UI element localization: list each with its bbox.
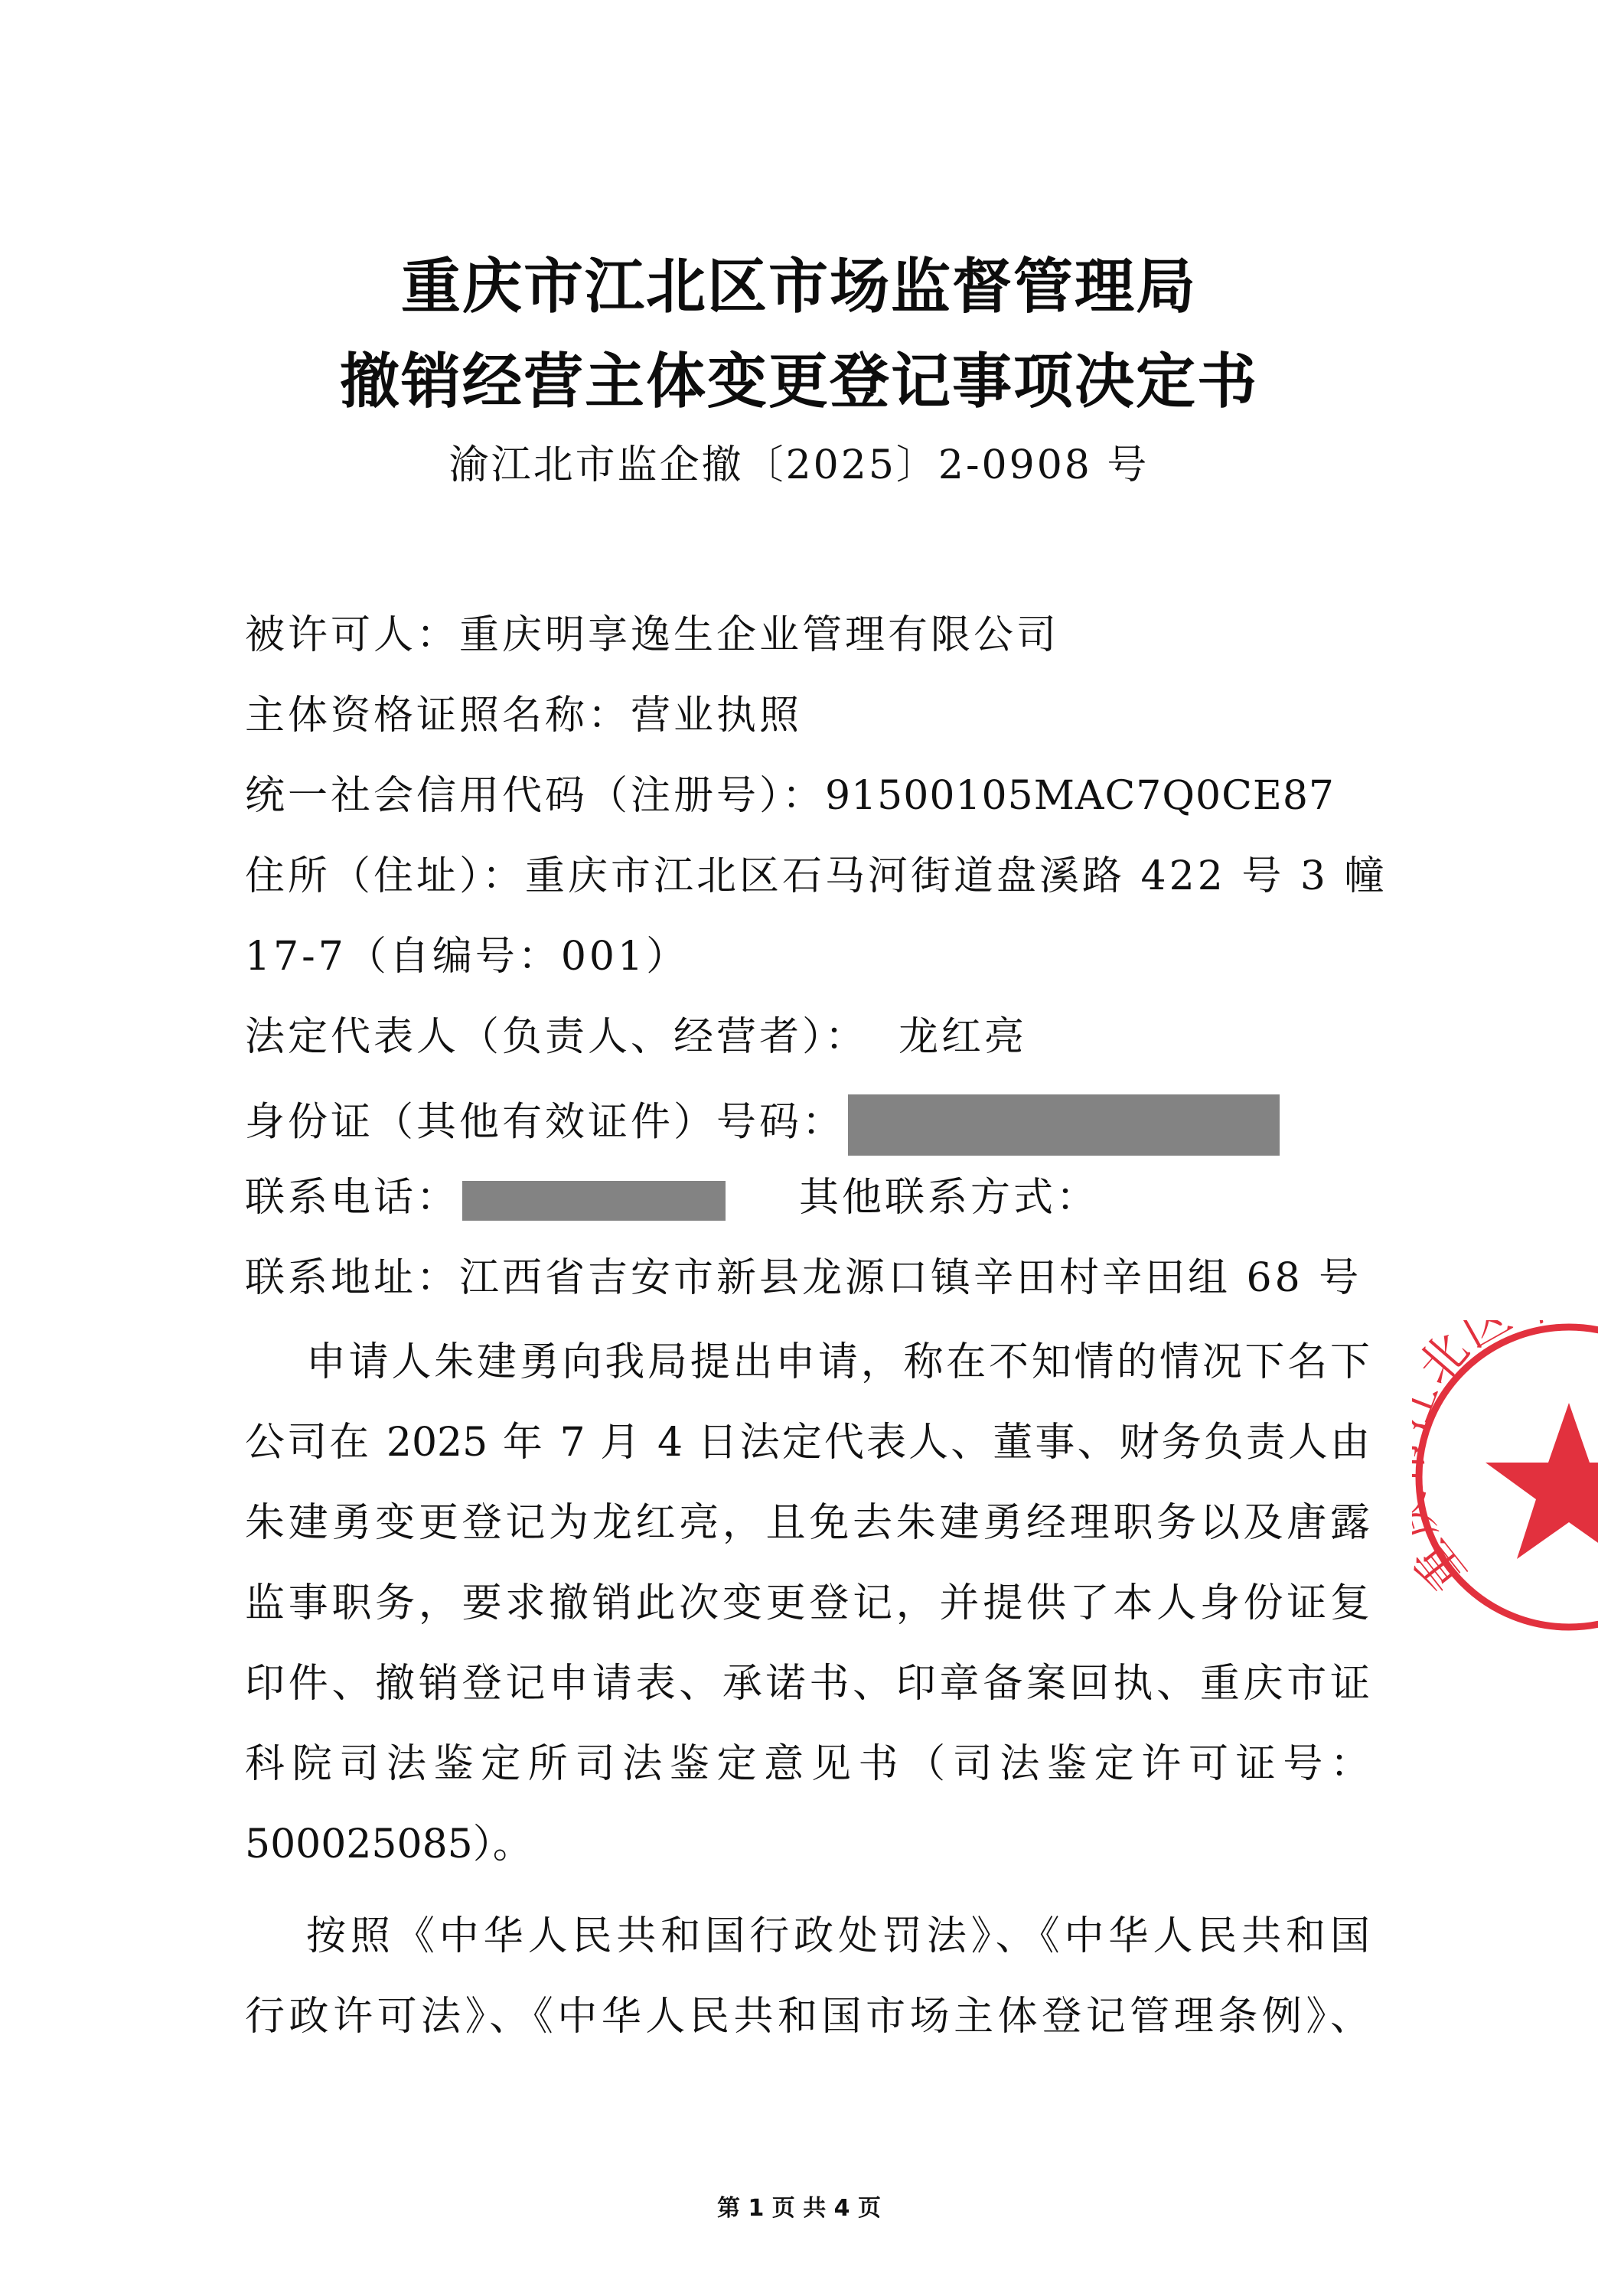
svg-text:重庆市江北区市: 重庆市江北区市 bbox=[1412, 1320, 1570, 1602]
document-number: 渝江北市监企撤〔2025〕2-0908 号 bbox=[0, 432, 1598, 490]
address-row-continued: 17-7（自编号：001） bbox=[245, 934, 689, 980]
id-label: 身份证（其他有效证件）号码： bbox=[245, 1100, 845, 1146]
credit-code-value: 91500105MAC7Q0CE87 bbox=[825, 773, 1335, 819]
paragraph-line: 印件、撤销登记申请表、承诺书、印章备案回执、重庆市证 bbox=[245, 1661, 1370, 1707]
phone-label: 联系电话： bbox=[245, 1175, 459, 1221]
contact-address-value: 江西省吉安市新县龙源口镇辛田村辛田组 68 号 bbox=[459, 1255, 1362, 1301]
credit-code-row: 统一社会信用代码（注册号）：91500105MAC7Q0CE87 bbox=[245, 773, 1335, 819]
contact-phone-row: 联系电话：其他联系方式： bbox=[245, 1175, 1099, 1221]
contact-address-label: 联系地址： bbox=[245, 1255, 459, 1301]
license-name-row: 主体资格证照名称：营业执照 bbox=[245, 693, 802, 739]
star-icon bbox=[1485, 1403, 1598, 1559]
address-value-line2: 17-7（自编号：001） bbox=[245, 934, 689, 980]
licensee-label: 被许可人： bbox=[245, 612, 459, 658]
official-seal: 重庆市江北区市 bbox=[1412, 1320, 1598, 1634]
address-row: 住所（住址）：重庆市江北区石马河街道盘溪路 422 号 3 幢 bbox=[245, 853, 1387, 899]
document-page: 重庆市江北区市场监督管理局 撤销经营主体变更登记事项决定书 渝江北市监企撤〔20… bbox=[0, 0, 1598, 2296]
paragraph-line: 公司在 2025 年 7 月 4 日法定代表人、董事、财务负责人由 bbox=[245, 1420, 1370, 1466]
licensee-value: 重庆明享逸生企业管理有限公司 bbox=[459, 612, 1059, 658]
seal-text: 重庆市江北区市 bbox=[1412, 1320, 1570, 1602]
decision-title: 撤销经营主体变更登记事项决定书 bbox=[0, 334, 1598, 419]
license-name-label: 主体资格证照名称： bbox=[245, 693, 631, 739]
licensee-row: 被许可人：重庆明享逸生企业管理有限公司 bbox=[245, 612, 1059, 658]
paragraph-line: 行政许可法》、《中华人民共和国市场主体登记管理条例》、 bbox=[245, 1994, 1370, 2040]
other-contact-label: 其他联系方式： bbox=[799, 1175, 1099, 1221]
legal-rep-value: 龙红亮 bbox=[898, 1014, 1027, 1060]
contact-address-row: 联系地址：江西省吉安市新县龙源口镇辛田村辛田组 68 号 bbox=[245, 1255, 1362, 1301]
phone-redaction-block bbox=[462, 1181, 726, 1221]
legal-representative-row: 法定代表人（负责人、经营者）：龙红亮 bbox=[245, 1014, 1027, 1060]
issuing-authority-title: 重庆市江北区市场监督管理局 bbox=[0, 239, 1598, 325]
paragraph-line: 500025085）。 bbox=[245, 1821, 1370, 1867]
paragraph-line: 申请人朱建勇向我局提出申请，称在不知情的情况下名下 bbox=[306, 1339, 1370, 1385]
address-value-line1: 重庆市江北区石马河街道盘溪路 422 号 3 幢 bbox=[525, 853, 1387, 899]
license-name-value: 营业执照 bbox=[631, 693, 802, 739]
credit-code-label: 统一社会信用代码（注册号）： bbox=[245, 773, 825, 819]
id-number-row: 身份证（其他有效证件）号码： bbox=[245, 1094, 1280, 1156]
paragraph-line: 朱建勇变更登记为龙红亮，且免去朱建勇经理职务以及唐露 bbox=[245, 1500, 1370, 1546]
address-label: 住所（住址）： bbox=[245, 853, 525, 899]
paragraph-line: 科院司法鉴定所司法鉴定意见书（司法鉴定许可证号： bbox=[245, 1741, 1370, 1787]
paragraph-line: 按照《中华人民共和国行政处罚法》、《中华人民共和国 bbox=[306, 1913, 1370, 1959]
page-indicator: 第 1 页 共 4 页 bbox=[0, 2189, 1598, 2223]
id-redaction-block bbox=[848, 1094, 1280, 1156]
legal-rep-label: 法定代表人（负责人、经营者）： bbox=[245, 1014, 868, 1060]
paragraph-line: 监事职务，要求撤销此次变更登记，并提供了本人身份证复 bbox=[245, 1580, 1370, 1626]
